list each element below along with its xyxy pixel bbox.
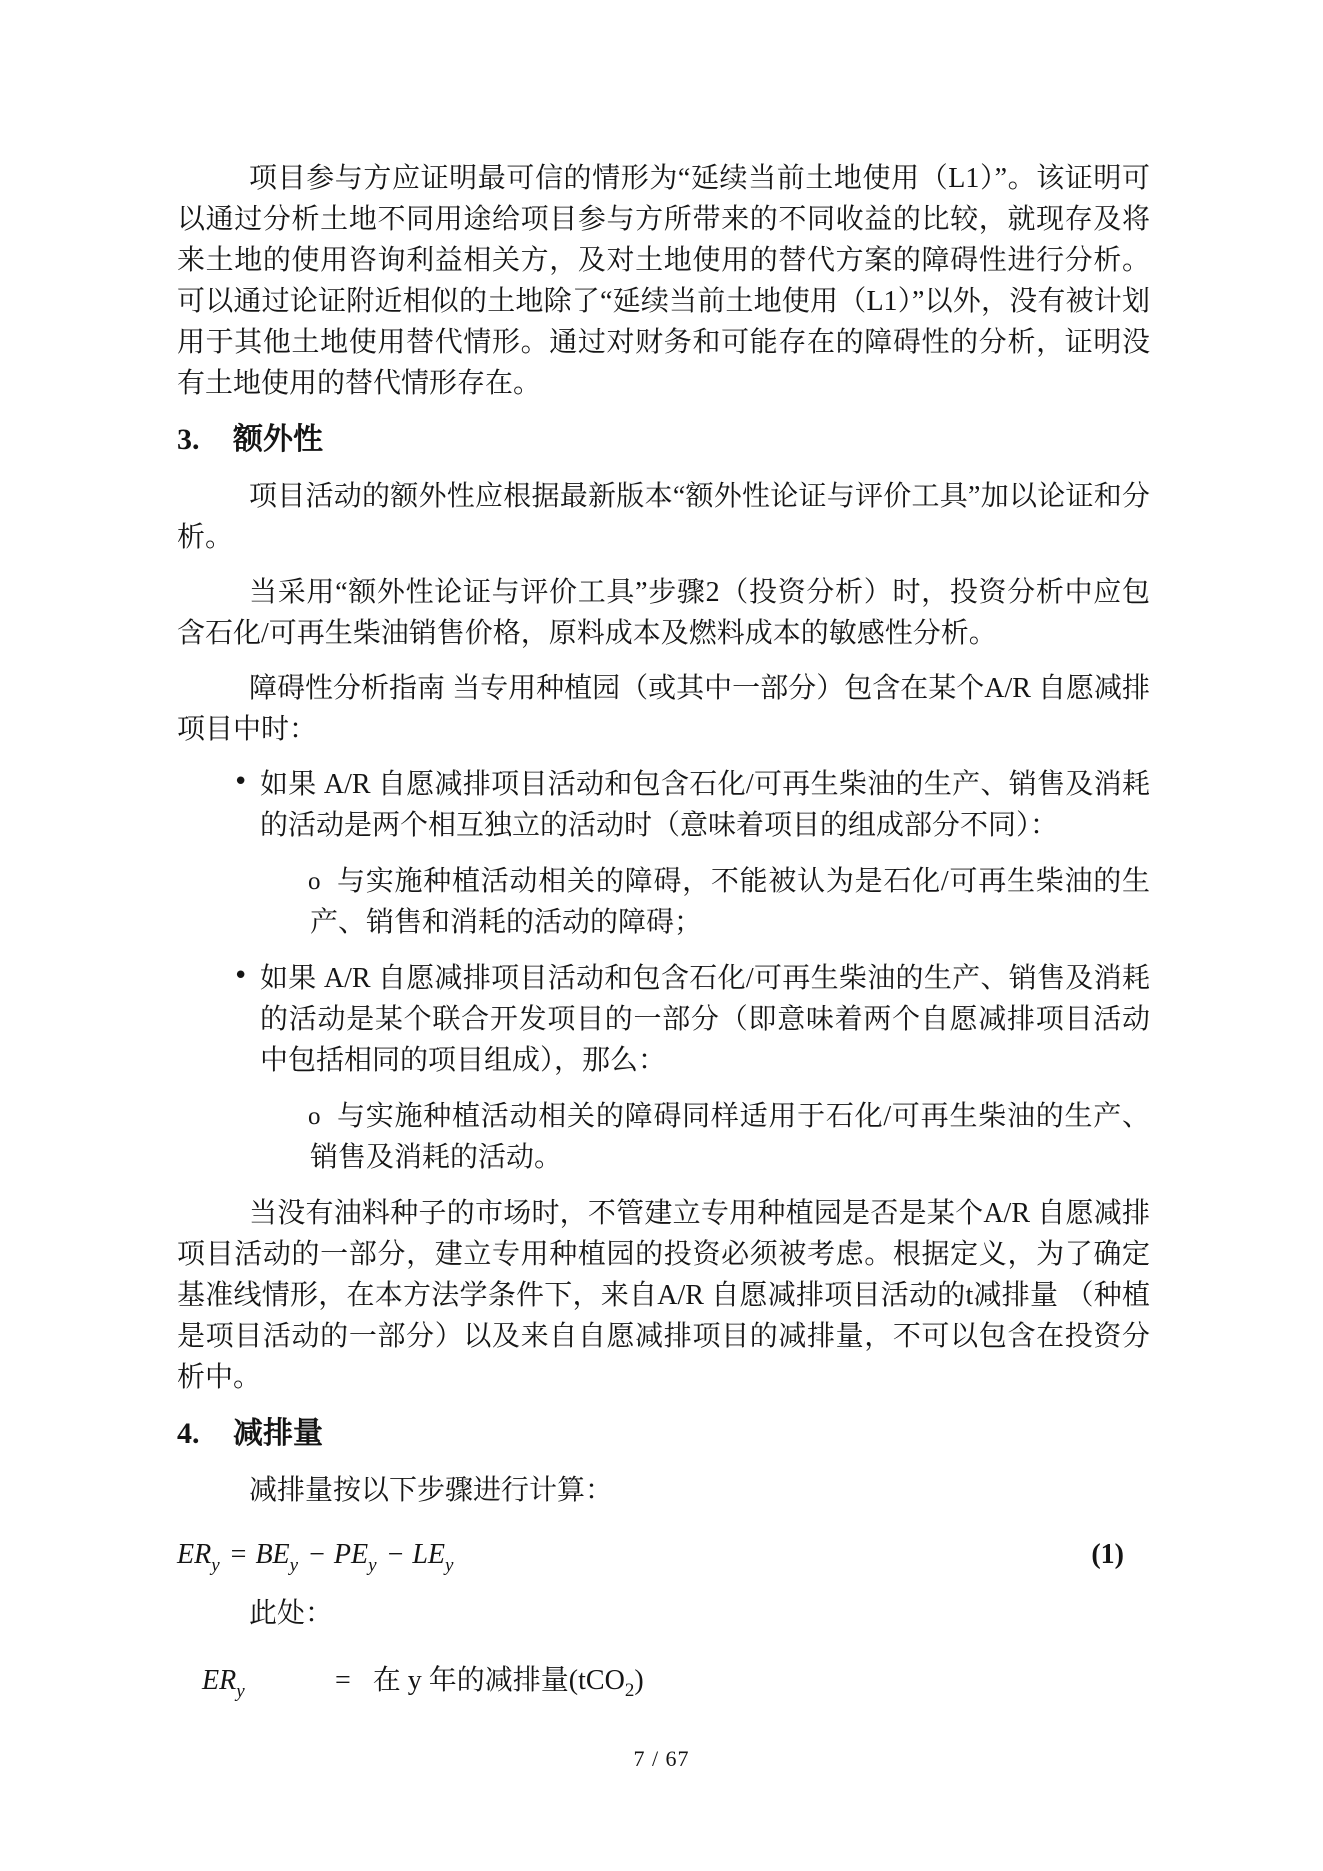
- variable-symbol: ERy: [202, 1660, 335, 1704]
- section-number: 4.: [177, 1412, 233, 1456]
- document-content: 项目参与方应证明最可信的情形为“延续当前土地使用（L1）”。该证明可以通过分析土…: [177, 158, 1150, 1704]
- paragraph-calculation-intro: 减排量按以下步骤进行计算：: [177, 1470, 1150, 1511]
- variable-definition-row: ERy=在 y 年的减排量(tCO2): [177, 1660, 1150, 1704]
- paragraph-barrier-guide: 障碍性分析指南 当专用种植园（或其中一部分）包含在某个A/R 自愿减排项目中时：: [177, 668, 1150, 750]
- section-number: 3.: [177, 418, 233, 462]
- bullet-marker-icon: •: [233, 956, 248, 997]
- bullet-item: • 如果 A/R 自愿减排项目活动和包含石化/可再生柴油的生产、销售及消耗的活动…: [177, 958, 1150, 1081]
- paragraph-additionality: 项目活动的额外性应根据最新版本“额外性论证与评价工具”加以论证和分析。: [177, 476, 1150, 558]
- paragraph-land-use: 项目参与方应证明最可信的情形为“延续当前土地使用（L1）”。该证明可以通过分析土…: [177, 158, 1150, 404]
- equation-term: ER: [177, 1539, 211, 1570]
- bullet-marker-icon: •: [233, 762, 248, 803]
- equation-term: LE: [412, 1539, 445, 1570]
- sub-bullet-marker-icon: o: [281, 861, 321, 902]
- sub-bullet-marker-icon: o: [281, 1096, 321, 1137]
- section-3-heading: 3.额外性: [177, 418, 1150, 462]
- paragraph-investment-analysis: 当采用“额外性论证与评价工具”步骤2（投资分析）时，投资分析中应包含石化/可再生…: [177, 572, 1150, 654]
- equation-term: BE: [255, 1539, 289, 1570]
- sub-bullet-item: o 与实施种植活动相关的障碍同样适用于石化/可再生柴油的生产、销售及消耗的活动。: [177, 1096, 1150, 1178]
- section-4-heading: 4.减排量: [177, 1412, 1150, 1456]
- definition-text: 在 y 年的减排量(tCO2): [373, 1665, 644, 1696]
- page-number: 7 / 67: [0, 1746, 1323, 1772]
- bullet-text: 与实施种植活动相关的障碍，不能被认为是石化/可再生柴油的生产、销售和消耗的活动的…: [310, 866, 1150, 938]
- sub-bullet-item: o 与实施种植活动相关的障碍，不能被认为是石化/可再生柴油的生产、销售和消耗的活…: [177, 861, 1150, 943]
- section-title: 减排量: [233, 1417, 323, 1450]
- bullet-text: 如果 A/R 自愿减排项目活动和包含石化/可再生柴油的生产、销售及消耗的活动是两…: [260, 769, 1150, 841]
- bullet-text: 如果 A/R 自愿减排项目活动和包含石化/可再生柴油的生产、销售及消耗的活动是某…: [260, 963, 1150, 1076]
- equation-body: ERy=BEy−PEy−LEy: [177, 1539, 455, 1571]
- definition-equals: =: [335, 1665, 351, 1696]
- where-label: 此处：: [177, 1593, 1150, 1634]
- bullet-text: 与实施种植活动相关的障碍同样适用于石化/可再生柴油的生产、销售及消耗的活动。: [310, 1101, 1150, 1173]
- section-title: 额外性: [233, 423, 323, 456]
- equation-number: (1): [1091, 1539, 1150, 1571]
- bullet-item: • 如果 A/R 自愿减排项目活动和包含石化/可再生柴油的生产、销售及消耗的活动…: [177, 764, 1150, 846]
- paragraph-no-market: 当没有油料种子的市场时，不管建立专用种植园是否是某个A/R 自愿减排项目活动的一…: [177, 1193, 1150, 1398]
- equation-term: PE: [334, 1539, 368, 1570]
- equation-1: ERy=BEy−PEy−LEy (1): [177, 1539, 1150, 1571]
